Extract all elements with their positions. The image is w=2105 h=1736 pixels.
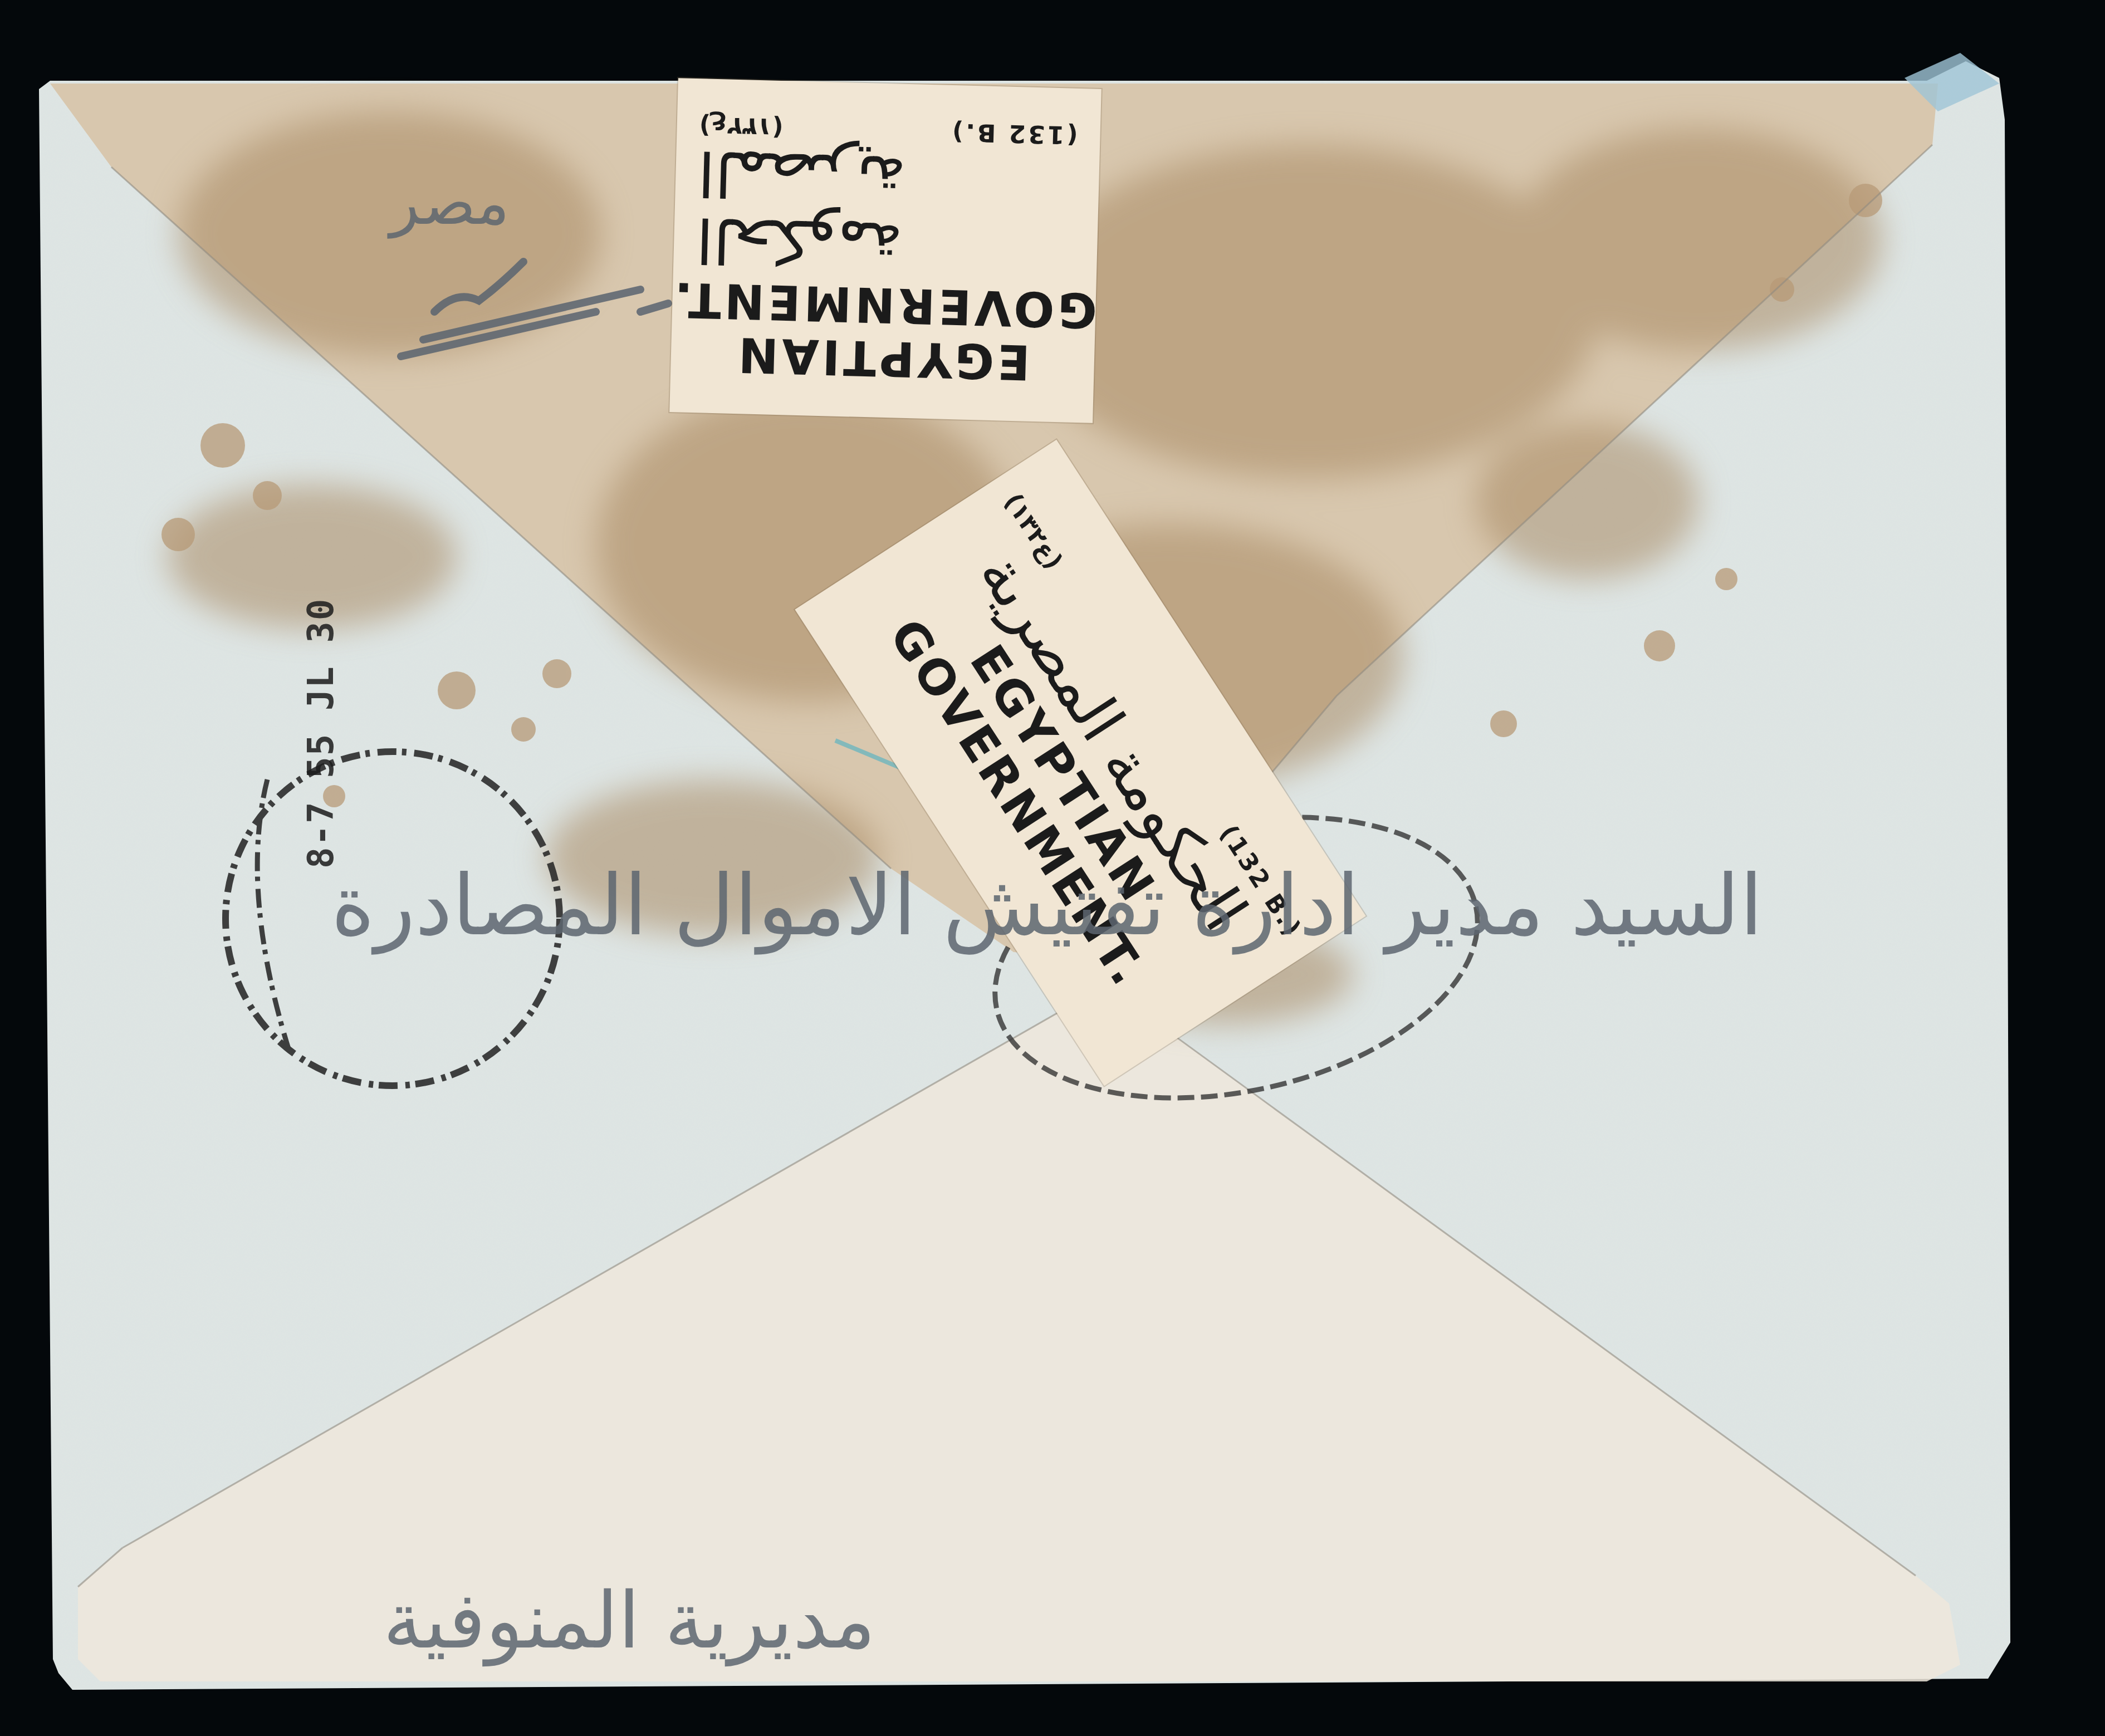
handwritten-sender: مديرية المنوفية	[267, 1576, 991, 1666]
datestamp-date-text: 8-7 55 JL 30	[301, 598, 342, 869]
handwritten-address: السيد مدير ادارة تفتيش الاموال المصادرة	[212, 857, 1882, 954]
seal-label-top: EGYPTIAN GOVERNMENT. الحكومة المصرية (13…	[669, 78, 1101, 423]
label-form-code-latin: (132 B.)	[949, 117, 1078, 149]
label-form-code-arabic: (ع١٣٢)	[699, 111, 784, 142]
envelope-photo: EGYPTIAN GOVERNMENT. الحكومة المصرية (13…	[0, 0, 2105, 1736]
label-english-line-1: EGYPTIAN	[735, 328, 1031, 389]
label-english-line-2: GOVERNMENT.	[670, 272, 1098, 337]
label-arabic-text: الحكومة المصرية	[696, 140, 1078, 283]
flap-note: مصر	[390, 167, 510, 238]
